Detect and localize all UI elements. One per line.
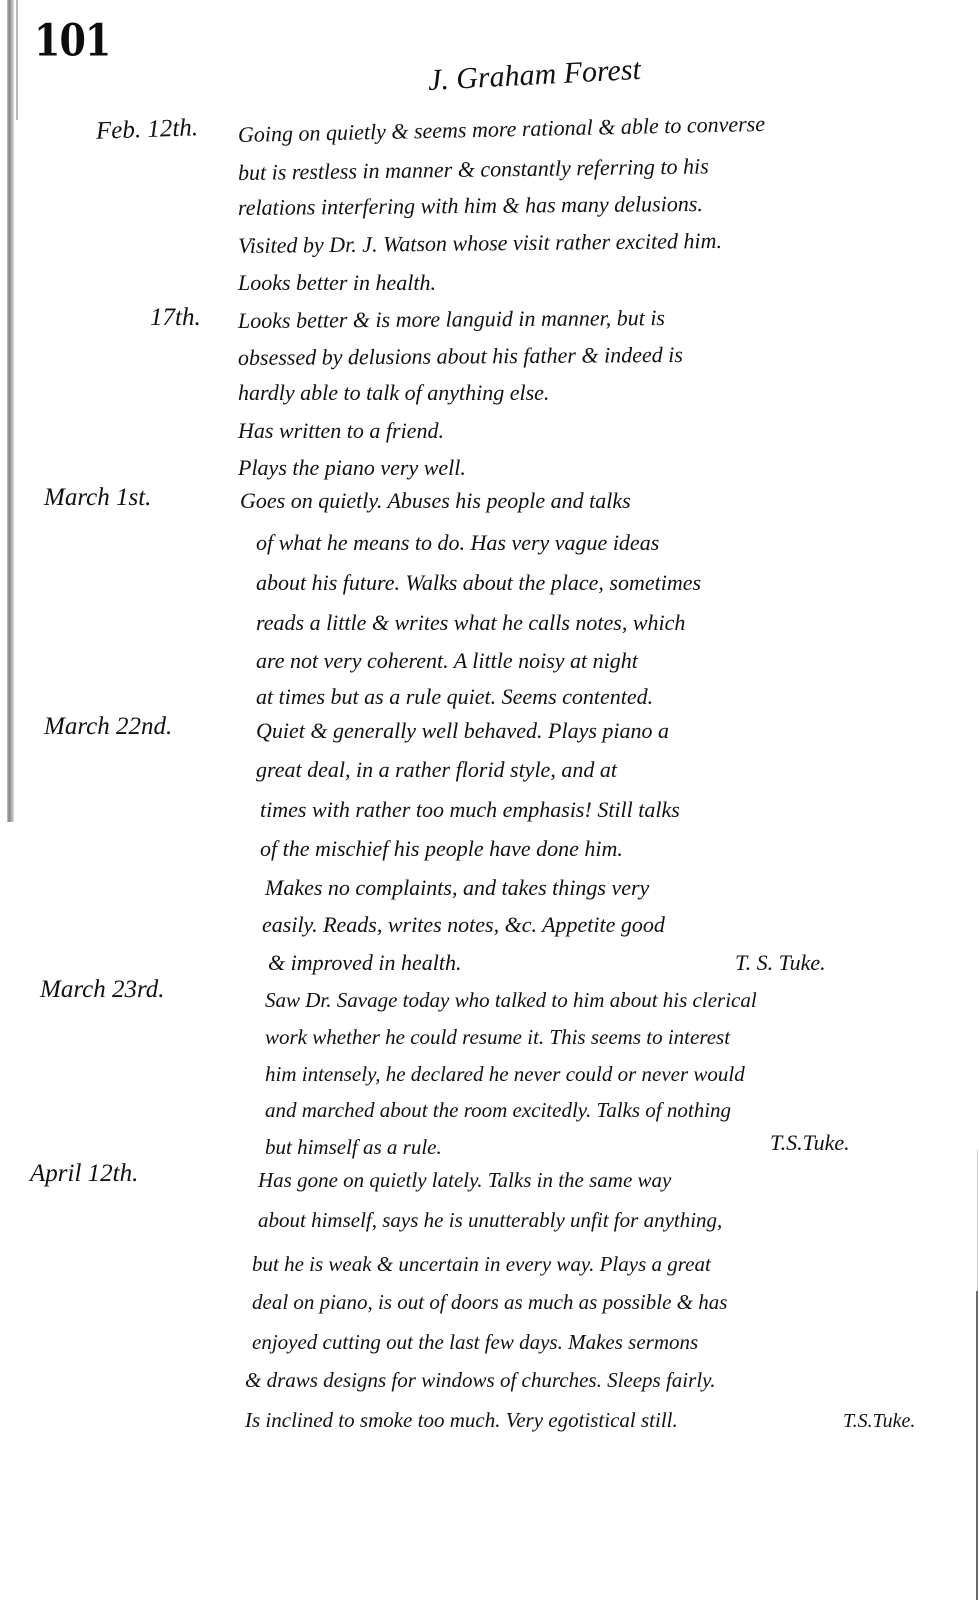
entry-date: March 22nd. [44, 713, 172, 741]
entry-line: but he is weak & uncertain in every way.… [252, 1252, 711, 1277]
entry-line: reads a little & writes what he calls no… [256, 610, 685, 636]
patient-name-heading: J. Graham Forest [427, 53, 642, 98]
entry-line: and marched about the room excitedly. Ta… [265, 1098, 731, 1123]
entry-line: easily. Reads, writes notes, &c. Appetit… [262, 912, 665, 938]
entry-line: enjoyed cutting out the last few days. M… [252, 1330, 698, 1355]
entry-line: are not very coherent. A little noisy at… [256, 648, 638, 674]
entry-line: at times but as a rule quiet. Seems cont… [256, 684, 653, 710]
entry-line: & draws designs for windows of churches.… [245, 1368, 716, 1393]
entry-line: about himself, says he is unutterably un… [258, 1208, 722, 1233]
entry-date: Feb. 12th. [96, 114, 199, 146]
binding-edge-line-thin [16, 0, 18, 120]
entry-line: Makes no complaints, and takes things ve… [265, 875, 649, 901]
entry-date: April 12th. [30, 1160, 138, 1188]
entry-line: Plays the piano very well. [238, 455, 466, 481]
binding-edge-line [7, 0, 14, 822]
entry-line: about his future. Walks about the place,… [256, 570, 701, 596]
entry-line: work whether he could resume it. This se… [265, 1025, 730, 1050]
entry-date: March 23rd. [40, 976, 165, 1004]
page-number: 101 [34, 14, 110, 66]
entry-line: relations interfering with him & has man… [238, 191, 703, 221]
entry-line: of what he means to do. Has very vague i… [256, 530, 659, 556]
case-book-page: 101 J. Graham Forest Feb. 12th. Going on… [0, 0, 979, 1600]
entry-line: times with rather too much emphasis! Sti… [260, 797, 680, 823]
entry-line: great deal, in a rather florid style, an… [256, 757, 617, 783]
entry-line: hardly able to talk of anything else. [238, 380, 549, 406]
entry-line: him intensely, he declared he never coul… [265, 1062, 745, 1087]
entry-line: obsessed by delusions about his father &… [238, 342, 683, 371]
entry-line: Is inclined to smoke too much. Very egot… [245, 1408, 678, 1433]
right-edge-line [976, 1291, 978, 1600]
entry-line: Goes on quietly. Abuses his people and t… [240, 488, 631, 514]
entry-line: Looks better & is more languid in manner… [238, 305, 665, 334]
signature: T.S.Tuke. [770, 1130, 850, 1156]
entry-line: Has gone on quietly lately. Talks in the… [258, 1168, 671, 1193]
entry-line: & improved in health. [268, 950, 462, 976]
entry-line: deal on piano, is out of doors as much a… [252, 1290, 727, 1315]
signature: T.S.Tuke. [843, 1410, 915, 1433]
entry-line: Looks better in health. [238, 270, 436, 296]
signature: T. S. Tuke. [735, 950, 826, 976]
entry-line: Quiet & generally well behaved. Plays pi… [256, 718, 669, 744]
entry-line: Saw Dr. Savage today who talked to him a… [265, 988, 757, 1013]
entry-line: Visited by Dr. J. Watson whose visit rat… [238, 228, 722, 259]
right-edge-line-faint [977, 1150, 978, 1291]
entry-line: but himself as a rule. [265, 1135, 442, 1160]
entry-line: Has written to a friend. [238, 418, 444, 444]
entry-line: but is restless in manner & constantly r… [238, 153, 709, 186]
entry-date: 17th. [150, 304, 201, 332]
entry-line: of the mischief his people have done him… [260, 836, 623, 862]
entry-date: March 1st. [44, 484, 151, 512]
entry-line: Going on quietly & seems more rational &… [238, 111, 766, 148]
